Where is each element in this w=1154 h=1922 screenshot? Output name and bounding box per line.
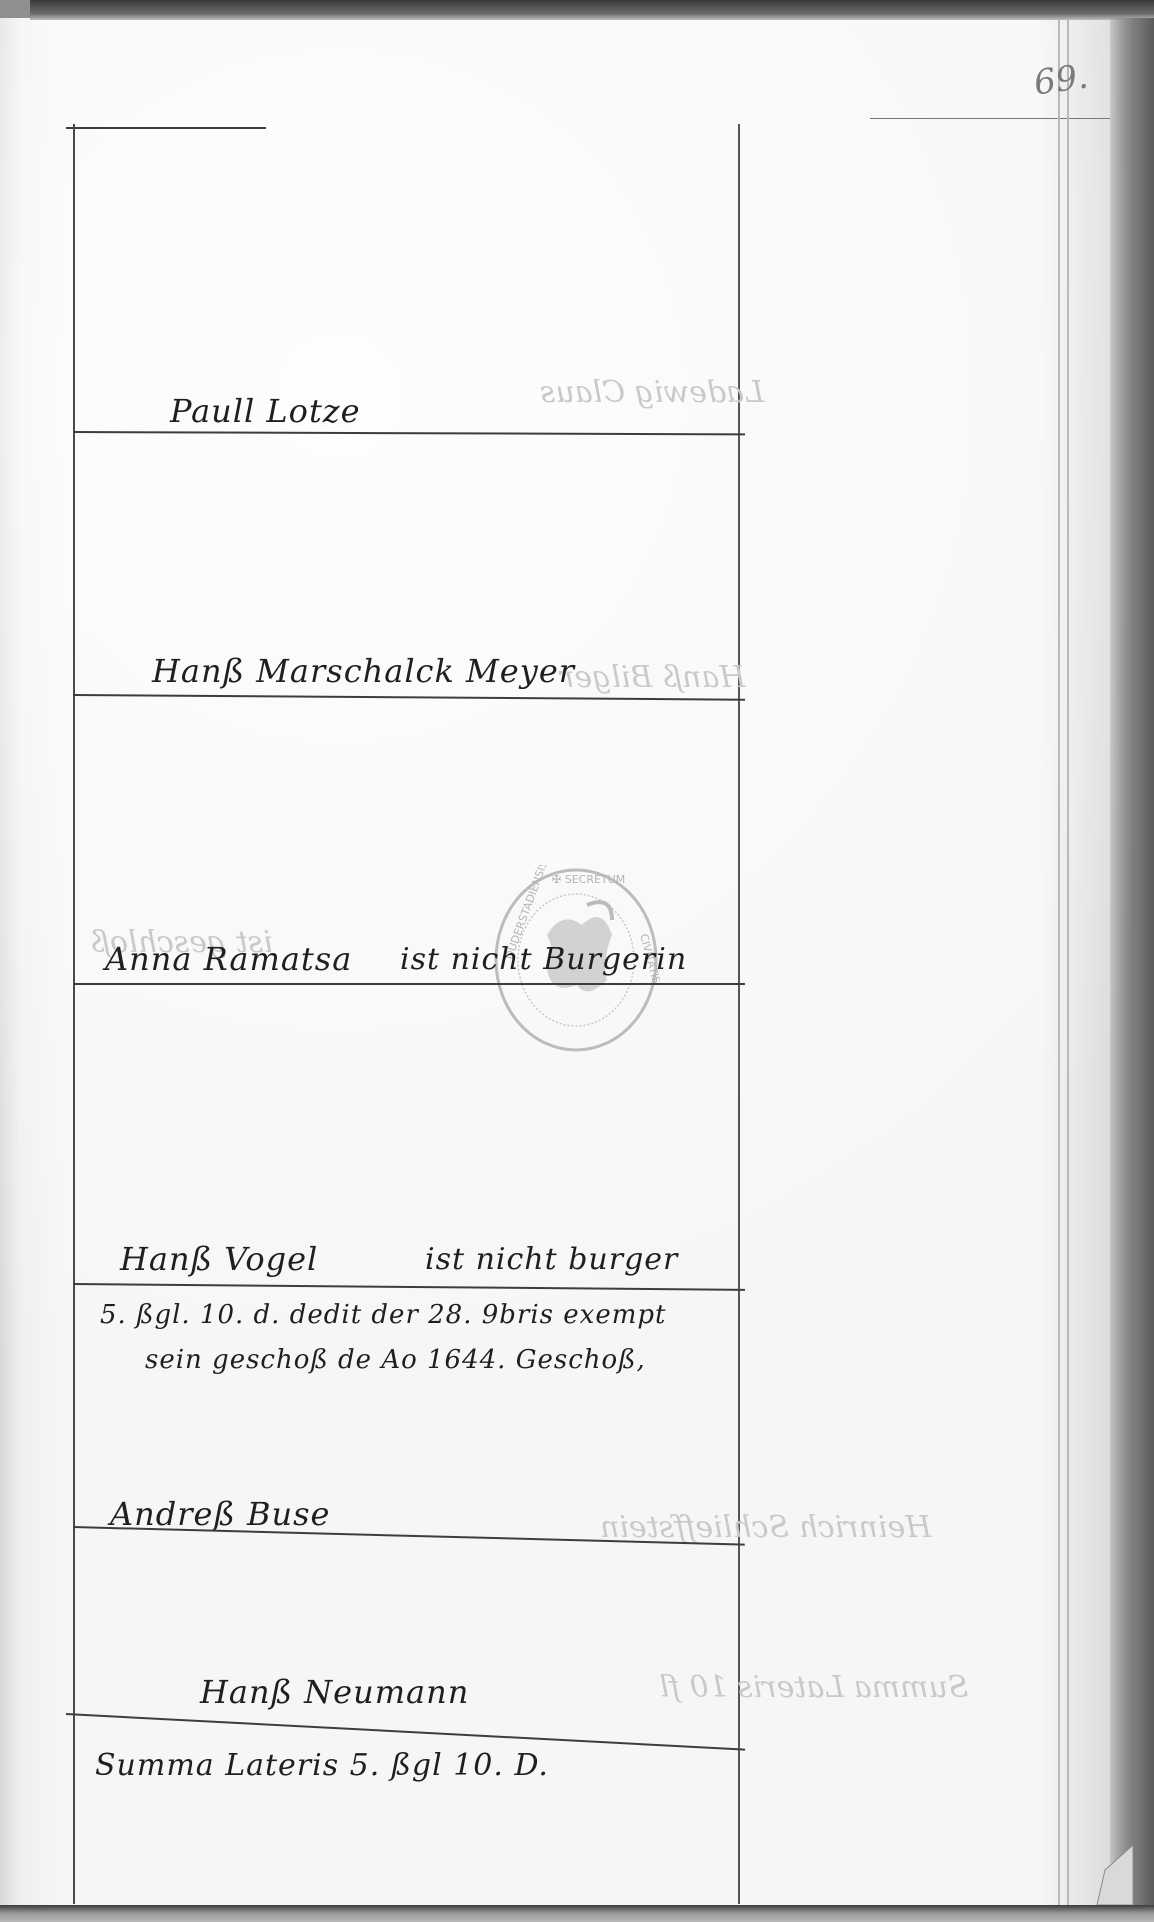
book-top-edge xyxy=(30,0,1154,20)
entry-name: Paull Lotze xyxy=(170,392,361,430)
svg-text:✠ SECRETUM: ✠ SECRETUM xyxy=(552,873,625,886)
entry-name: Hanß Marschalck Meyer xyxy=(152,652,575,690)
entry-name: Anna Ramatsa xyxy=(105,940,352,978)
entry-payment-line: sein geschoß de Ao 1644. Geschoß, xyxy=(145,1345,646,1375)
entry-note: ist nicht Burgerin xyxy=(400,942,687,977)
table-left-rule xyxy=(73,124,75,1904)
bleed-through-text: Ladewig Claus xyxy=(540,375,764,410)
page-total: Summa Lateris 5. ßgl 10. D. xyxy=(95,1748,549,1783)
bleed-through-text: Hanß Bilger xyxy=(560,660,745,695)
bleed-through-text: Heinrich Schlieffstein xyxy=(600,1510,931,1545)
entry-note: ist nicht burger xyxy=(425,1242,678,1277)
table-top-rule xyxy=(66,127,266,129)
page-number: 69. xyxy=(1031,56,1090,103)
book-bottom-edge xyxy=(0,1905,1154,1922)
entry-name: Hanß Vogel xyxy=(120,1240,318,1278)
entry-name: Hanß Neumann xyxy=(200,1673,469,1711)
margin-rule-2 xyxy=(1067,20,1069,1905)
book-spine-shadow xyxy=(1110,18,1154,1908)
bleed-through-text: Summa Lateris 10 fl xyxy=(660,1670,968,1705)
entry-rule xyxy=(73,983,745,985)
document-scan: 69. Ladewig Claus Hanß Bilger ist geschl… xyxy=(0,0,1154,1922)
header-rule-right xyxy=(870,118,1110,119)
folded-corner xyxy=(1095,1845,1135,1905)
margin-rule-1 xyxy=(1058,20,1060,1905)
entry-payment-line: 5. ßgl. 10. d. dedit der 28. 9bris exemp… xyxy=(100,1300,666,1330)
